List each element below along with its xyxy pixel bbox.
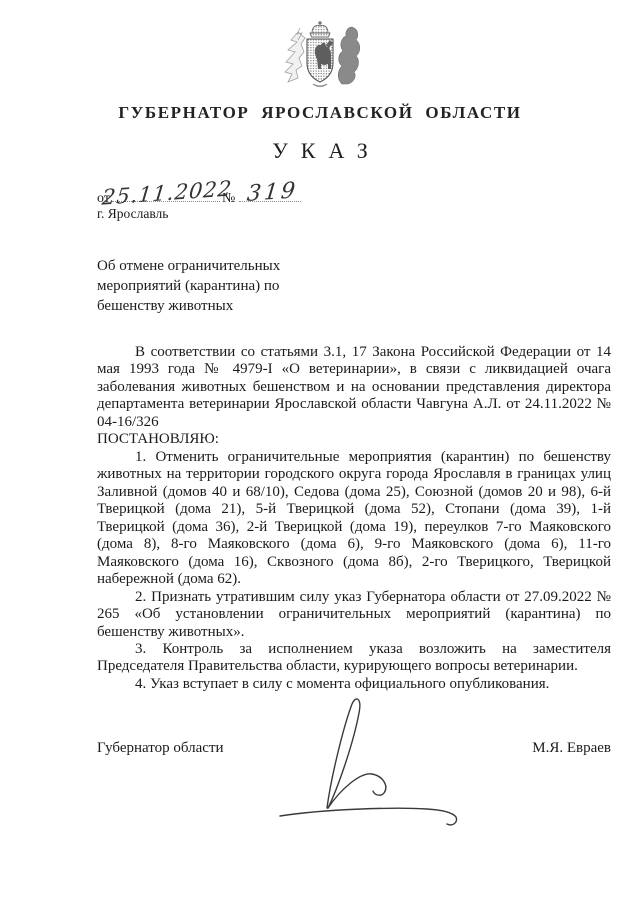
date-number-line: от25.11.2022№319 [97,186,301,207]
signatory-name: М.Я. Евраев [532,740,611,757]
decree-item-4: 4. Указ вступает в силу с момента официа… [97,676,611,693]
decree-item-2: 2. Признать утратившим силу указ Губерна… [97,589,611,641]
city-line: г. Ярославль [97,206,168,222]
signature-icon [265,690,495,840]
resolution-word: ПОСТАНОВЛЯЮ: [97,431,611,448]
document-type-title: УКАЗ [0,138,640,164]
handwritten-date: 25.11.2022 [101,176,233,209]
authority-title: ГУБЕРНАТОР ЯРОСЛАВСКОЙ ОБЛАСТИ [0,103,640,123]
handwritten-number: 319 [246,178,300,207]
coat-of-arms-icon [0,18,640,95]
date-field: 25.11.2022 [112,186,220,202]
decree-item-3: 3. Контроль за исполнением указа возложи… [97,641,611,676]
preamble-paragraph: В соответствии со статьями 3.1, 17 Закон… [97,344,611,431]
number-field: 319 [239,186,301,202]
subject-block: Об отмене ограничительных мероприятий (к… [97,257,377,317]
decree-item-1: 1. Отменить ограничительные мероприятия … [97,449,611,589]
signature-block: Губернатор области М.Я. Евраев [97,740,611,757]
decree-page: ГУБЕРНАТОР ЯРОСЛАВСКОЙ ОБЛАСТИ УКАЗ от25… [0,0,640,905]
decree-body: В соответствии со статьями 3.1, 17 Закон… [97,344,611,693]
signatory-position: Губернатор области [97,740,224,757]
